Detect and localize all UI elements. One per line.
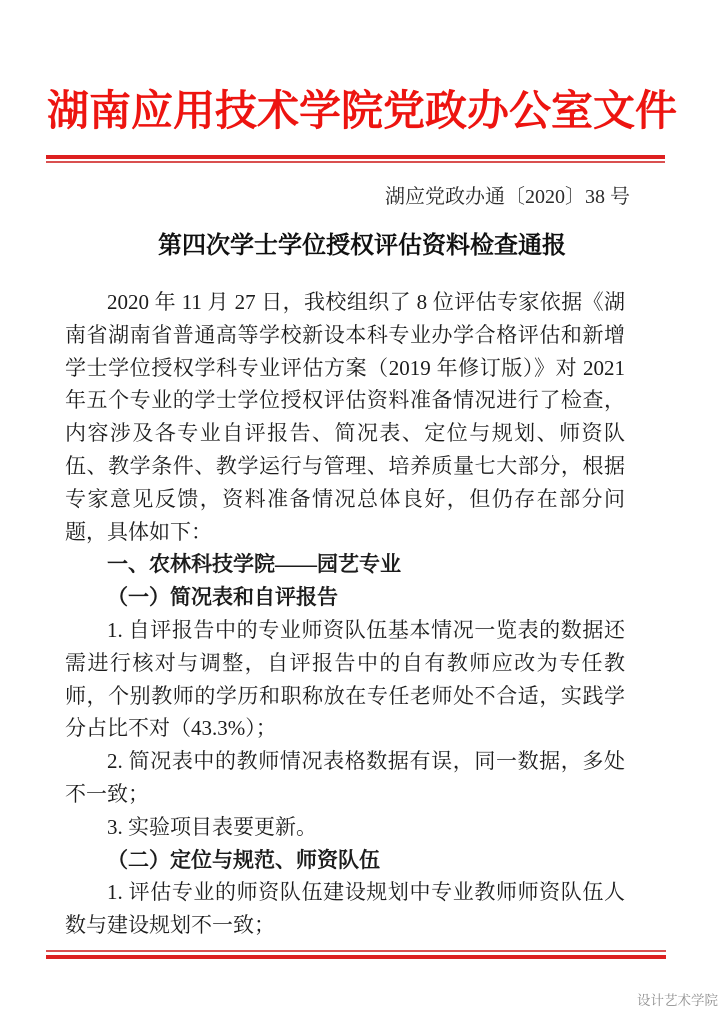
heading-subsection-1-2: （二）定位与规范、师资队伍 bbox=[65, 844, 625, 877]
heading-section-1: 一、农林科技学院——园艺专业 bbox=[65, 548, 625, 581]
paragraph-item-2: 2. 简况表中的教师情况表格数据有误，同一数据，多处不一致； bbox=[65, 745, 625, 811]
footer-double-rule bbox=[46, 950, 666, 959]
document-page: 湖南应用技术学院党政办公室文件 湖应党政办通〔2020〕38 号 第四次学士学位… bbox=[0, 0, 724, 1024]
org-header-title: 湖南应用技术学院党政办公室文件 bbox=[0, 0, 724, 138]
paragraph-item-3: 3. 实验项目表要更新。 bbox=[65, 811, 625, 844]
paragraph-item-1: 1. 自评报告中的专业师资队伍基本情况一览表的数据还需进行核对与调整，自评报告中… bbox=[65, 614, 625, 745]
footer-watermark: 设计艺术学院 bbox=[637, 993, 718, 1009]
doc-number: 湖应党政办通〔2020〕38 号 bbox=[0, 184, 724, 210]
header-double-rule bbox=[46, 155, 665, 163]
document-body: 2020 年 11 月 27 日，我校组织了 8 位评估专家依据《湖南省湖南省普… bbox=[65, 286, 625, 942]
paragraph-item-4: 1. 评估专业的师资队伍建设规划中专业教师师资队伍人数与建设规划不一致； bbox=[65, 876, 625, 942]
heading-subsection-1-1: （一）简况表和自评报告 bbox=[65, 581, 625, 614]
doc-title: 第四次学士学位授权评估资料检查通报 bbox=[0, 230, 724, 262]
paragraph-intro: 2020 年 11 月 27 日，我校组织了 8 位评估专家依据《湖南省湖南省普… bbox=[65, 286, 625, 548]
